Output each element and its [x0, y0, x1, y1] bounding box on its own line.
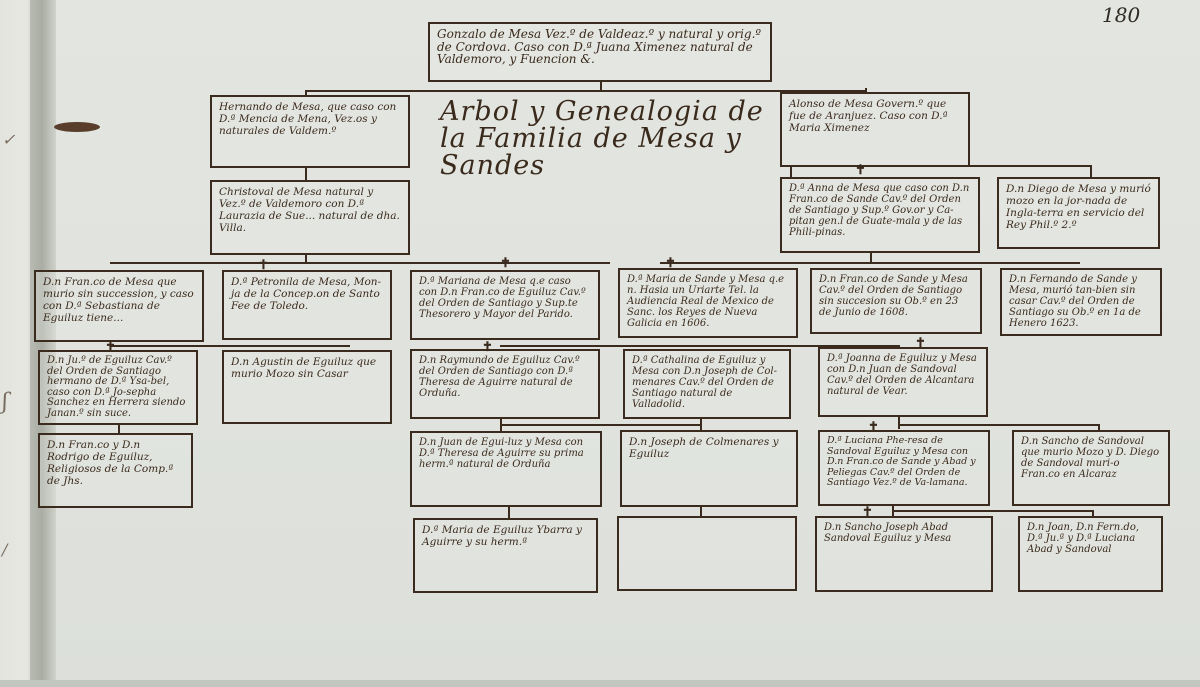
person-box-gen3: D.ª Mariana de Mesa q.e caso con D.n Fra… [410, 270, 600, 340]
person-box-gen1: Alonso de Mesa Govern.º que fue de Aranj… [780, 92, 970, 167]
person-text: D.n Fran.co y D.n Rodrigo de Eguiluz, Re… [47, 439, 173, 487]
person-text: D.ª Luciana Phe-resa de Sandoval Eguiluz… [827, 435, 976, 488]
person-text: D.n Fernando de Sande y Mesa, murió tan-… [1009, 274, 1141, 329]
person-box-gen4: D.n Raymundo de Eguiluz Cav.º del Orden … [410, 349, 600, 419]
connector-line [305, 168, 307, 180]
root-ancestor-box: Gonzalo de Mesa Vez.º de Valdeaz.º y nat… [428, 22, 772, 82]
person-box-gen2: Christoval de Mesa natural y Vez.º de Va… [210, 180, 410, 255]
person-text: D.ª Maria de Sande y Mesa q.e n. Hasia u… [627, 274, 784, 329]
person-text: D.ª Maria de Eguiluz Ybarra y Aguirre y … [422, 524, 582, 548]
person-box-gen2: D.n Diego de Mesa y murió mozo en la jor… [997, 177, 1160, 249]
connector-line [898, 424, 1098, 426]
person-text: D.n Sancho de Sandoval que murio Mozo y … [1021, 436, 1159, 480]
facing-page-ink-mark: ʃ [2, 390, 8, 415]
person-box-gen1: Hernando de Mesa, que caso con D.ª Menci… [210, 95, 410, 168]
person-box-gen3: D.ª Maria de Sande y Mesa q.e n. Hasia u… [618, 268, 798, 338]
person-text: D.n Fran.co de Mesa que murio sin succes… [43, 276, 194, 324]
person-box-gen3: D.n Fernando de Sande y Mesa, murió tan-… [1000, 268, 1162, 336]
person-box-gen6-empty [617, 516, 797, 591]
person-text: D.n Agustin de Eguiluz que murio Mozo si… [231, 356, 376, 380]
ink-blot [54, 122, 100, 132]
person-box-gen5: D.n Joseph de Colmenares y Eguiluz [620, 430, 798, 507]
connector-line [898, 417, 900, 429]
connector-line [110, 345, 350, 347]
connector-line [600, 82, 602, 91]
person-box-gen4: D.ª Joanna de Eguiluz y Mesa con D.n Jua… [818, 347, 988, 417]
connector-line [110, 262, 610, 264]
person-box-gen5: D.n Sancho de Sandoval que murio Mozo y … [1012, 430, 1170, 506]
person-text: D.ª Petronila de Mesa, Mon-ja de la Conc… [231, 276, 381, 312]
connector-line [892, 510, 1092, 512]
root-ancestor-text: Gonzalo de Mesa Vez.º de Valdeaz.º y nat… [437, 27, 761, 66]
person-box-gen5: D.ª Luciana Phe-resa de Sandoval Eguiluz… [818, 430, 990, 506]
facing-page-ink-mark: ✓ [2, 130, 15, 149]
person-text: D.ª Anna de Mesa que caso con D.n Fran.c… [789, 183, 969, 238]
page-title: Arbol y Genealogia de la Familia de Mesa… [440, 98, 780, 179]
person-text: D.n Joan, D.n Fern.do, D.ª Ju.ª y D.ª Lu… [1027, 522, 1139, 555]
person-box-gen2: D.ª Anna de Mesa que caso con D.n Fran.c… [780, 177, 980, 253]
connector-line [1090, 165, 1092, 177]
connector-line [892, 506, 894, 516]
person-box-gen6: D.n Joan, D.n Fern.do, D.ª Ju.ª y D.ª Lu… [1018, 516, 1163, 592]
person-text: D.n Fran.co de Sande y Mesa Cav.º del Or… [819, 274, 968, 318]
person-box-gen3: D.n Fran.co de Mesa que murio sin succes… [34, 270, 204, 342]
marriage-marker: ✝ [855, 163, 866, 178]
person-text: D.n Joseph de Colmenares y Eguiluz [629, 436, 779, 460]
person-box-gen4: D.ª Cathalina de Eguiluz y Mesa con D.n … [623, 349, 791, 419]
connector-line [305, 255, 307, 263]
person-text: D.ª Cathalina de Eguiluz y Mesa con D.n … [632, 355, 777, 410]
person-box-gen6: D.ª Maria de Eguiluz Ybarra y Aguirre y … [413, 518, 598, 593]
person-text: D.n Juan de Egui-luz y Mesa con D.ª Ther… [419, 437, 584, 470]
person-text: D.ª Mariana de Mesa q.e caso con D.n Fra… [419, 276, 586, 320]
connector-line [790, 165, 792, 177]
connector-line [500, 424, 700, 426]
person-text: Alonso de Mesa Govern.º que fue de Aranj… [789, 98, 948, 134]
person-box-gen5: D.n Juan de Egui-luz y Mesa con D.ª Ther… [410, 431, 602, 507]
person-box-gen3: D.ª Petronila de Mesa, Mon-ja de la Conc… [222, 270, 392, 340]
facing-page-ink-mark: / [2, 540, 7, 559]
person-box-gen4: D.n Ju.º de Eguiluz Cav.º del Orden de S… [38, 350, 198, 425]
person-box-gen4: D.n Agustin de Eguiluz que murio Mozo si… [222, 350, 392, 424]
person-text: D.n Diego de Mesa y murió mozo en la jor… [1006, 183, 1151, 231]
person-text: Christoval de Mesa natural y Vez.º de Va… [219, 186, 400, 234]
person-box-gen3: D.n Fran.co de Sande y Mesa Cav.º del Or… [810, 268, 982, 334]
connector-line [790, 165, 1090, 167]
marriage-marker: ✝ [500, 256, 511, 271]
person-text: D.ª Joanna de Eguiluz y Mesa con D.n Jua… [827, 353, 977, 397]
person-text: D.n Sancho Joseph Abad Sandoval Eguiluz … [824, 522, 951, 544]
person-text: Hernando de Mesa, que caso con D.ª Menci… [219, 101, 396, 137]
connector-line [118, 425, 120, 433]
page-bottom-edge [0, 680, 1200, 687]
connector-line [870, 253, 872, 263]
person-box-gen5: D.n Fran.co y D.n Rodrigo de Eguiluz, Re… [38, 433, 193, 508]
person-box-gen6: D.n Sancho Joseph Abad Sandoval Eguiluz … [815, 516, 993, 592]
folio-number: 180 [1102, 3, 1140, 27]
connector-line [500, 419, 502, 431]
person-text: D.n Ju.º de Eguiluz Cav.º del Orden de S… [47, 355, 185, 419]
person-text: D.n Raymundo de Eguiluz Cav.º del Orden … [419, 355, 580, 399]
